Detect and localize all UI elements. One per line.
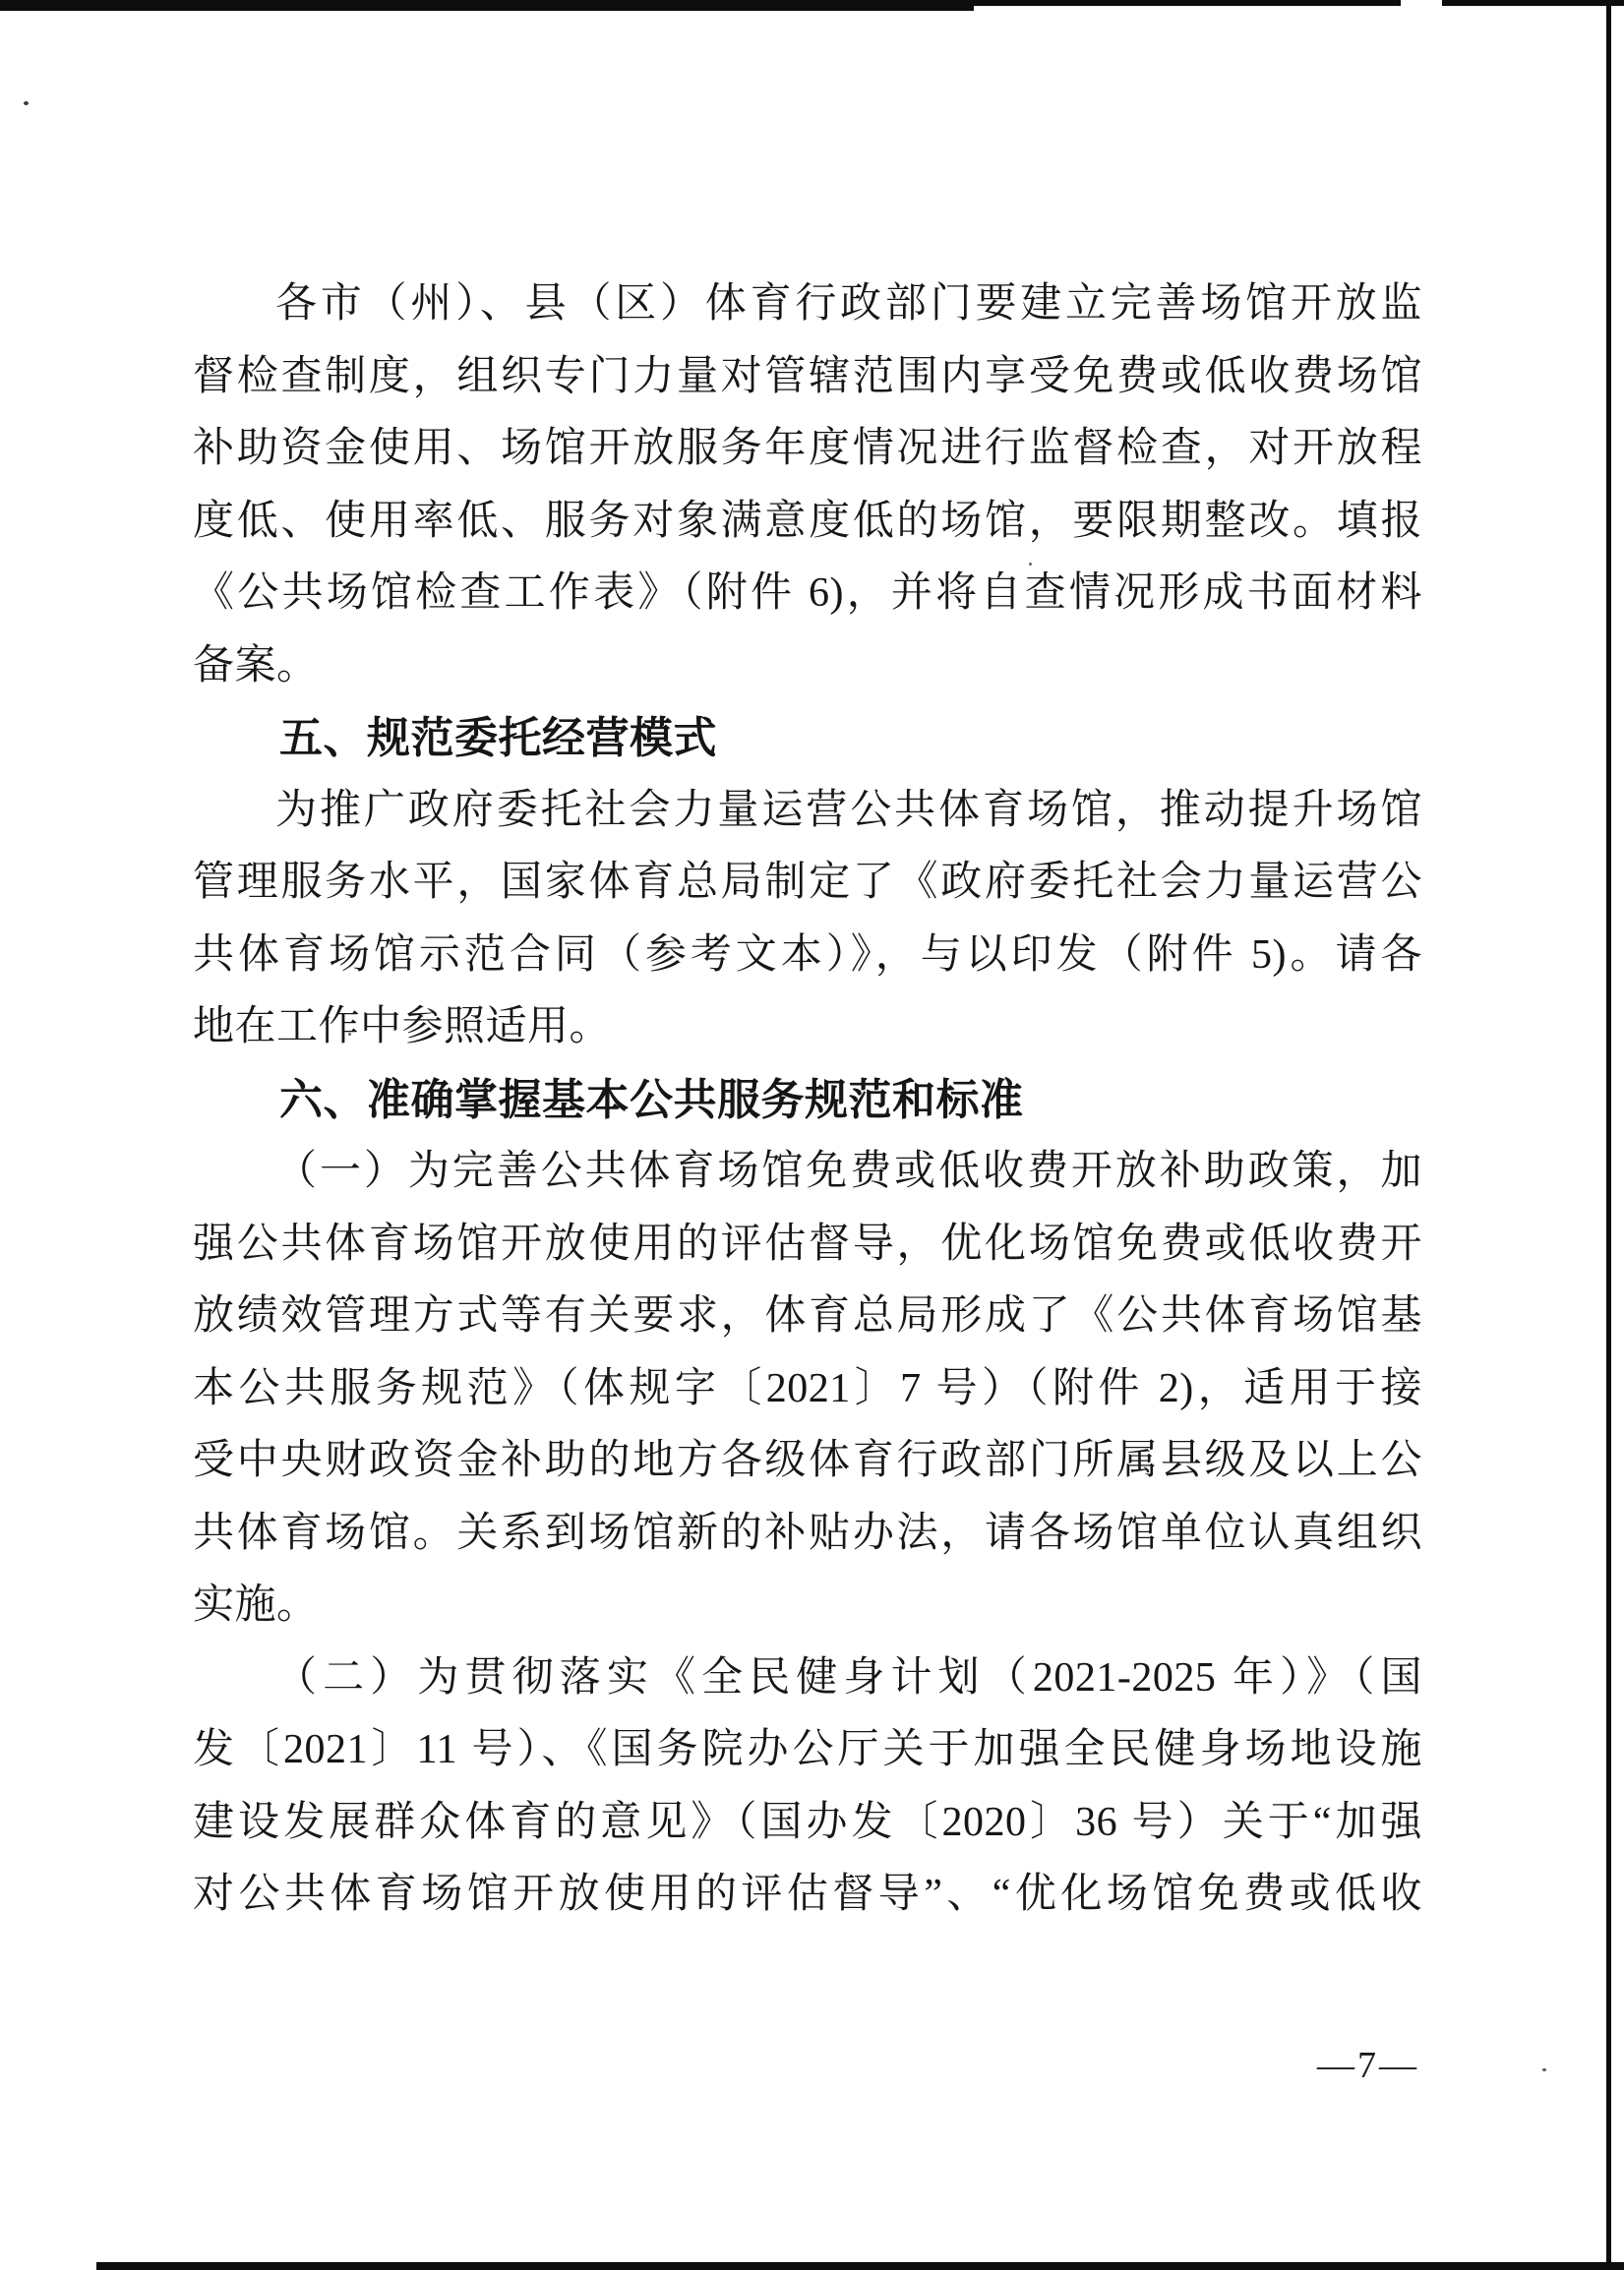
text-line: 督检查制度，组织专门力量对管辖范围内享受免费或低收费场馆 [193, 341, 1422, 414]
scan-edge-top-thick [0, 0, 974, 11]
scan-edge-top-gap [1401, 0, 1442, 13]
document-body: 各市（州）、县（区）体育行政部门要建立完善场馆开放监 督检查制度，组织专门力量对… [193, 269, 1422, 1932]
text-line: 放绩效管理方式等有关要求，体育总局形成了《公共体育场馆基 [193, 1281, 1422, 1353]
scan-edge-right [1606, 0, 1611, 2270]
scanned-document-page: 各市（州）、县（区）体育行政部门要建立完善场馆开放监 督检查制度，组织专门力量对… [0, 0, 1624, 2270]
text-line: 补助资金使用、场馆开放服务年度情况进行监督检查，对开放程 [193, 413, 1422, 486]
page-number: —7— [1317, 2044, 1419, 2087]
scan-edge-bottom [96, 2262, 1624, 2270]
text-line: 强公共体育场馆开放使用的评估督导，优化场馆免费或低收费开 [193, 1209, 1422, 1282]
text-line: 建设发展群众体育的意见》（国办发〔2020〕36 号）关于“加强 [193, 1787, 1422, 1860]
text-line: 共体育场馆示范合同（参考文本）》，与以印发（附件 5)。请各 [193, 920, 1422, 992]
text-line: 地在工作中参照适用。 [193, 991, 1422, 1064]
text-line: （一）为完善公共体育场馆免费或低收费开放补助政策，加 [193, 1136, 1422, 1209]
text-line: 对公共体育场馆开放使用的评估督导”、“优化场馆免费或低收 [193, 1859, 1422, 1932]
text-line: 为推广政府委托社会力量运营公共体育场馆，推动提升场馆 [193, 775, 1422, 848]
text-line: 管理服务水平，国家体育总局制定了《政府委托社会力量运营公 [193, 847, 1422, 920]
scan-speck [24, 101, 29, 105]
text-line: 本公共服务规范》（体规字〔2021〕7 号）（附件 2)，适用于接 [193, 1353, 1422, 1426]
text-line: 各市（州）、县（区）体育行政部门要建立完善场馆开放监 [193, 269, 1422, 341]
text-line: 受中央财政资金补助的地方各级体育行政部门所属县级及以上公 [193, 1425, 1422, 1498]
text-line: 备案。 [193, 630, 1422, 703]
text-line: 发〔2021〕11 号）、《国务院办公厅关于加强全民健身场地设施 [193, 1714, 1422, 1787]
text-line: 《公共场馆检查工作表》（附件 6)，并将自查情况形成书面材料 [193, 558, 1422, 630]
scan-speck [1542, 2068, 1546, 2071]
text-line: 实施。 [193, 1570, 1422, 1643]
section-6-heading: 六、准确掌握基本公共服务规范和标准 [193, 1064, 1422, 1137]
section-5-heading: 五、规范委托经营模式 [193, 702, 1422, 775]
text-line: 度低、使用率低、服务对象满意度低的场馆，要限期整改。填报 [193, 486, 1422, 559]
text-line: 共体育场馆。关系到场馆新的补贴办法，请各场馆单位认真组织 [193, 1498, 1422, 1571]
text-line: （二）为贯彻落实《全民健身计划（2021-2025 年）》（国 [193, 1643, 1422, 1715]
